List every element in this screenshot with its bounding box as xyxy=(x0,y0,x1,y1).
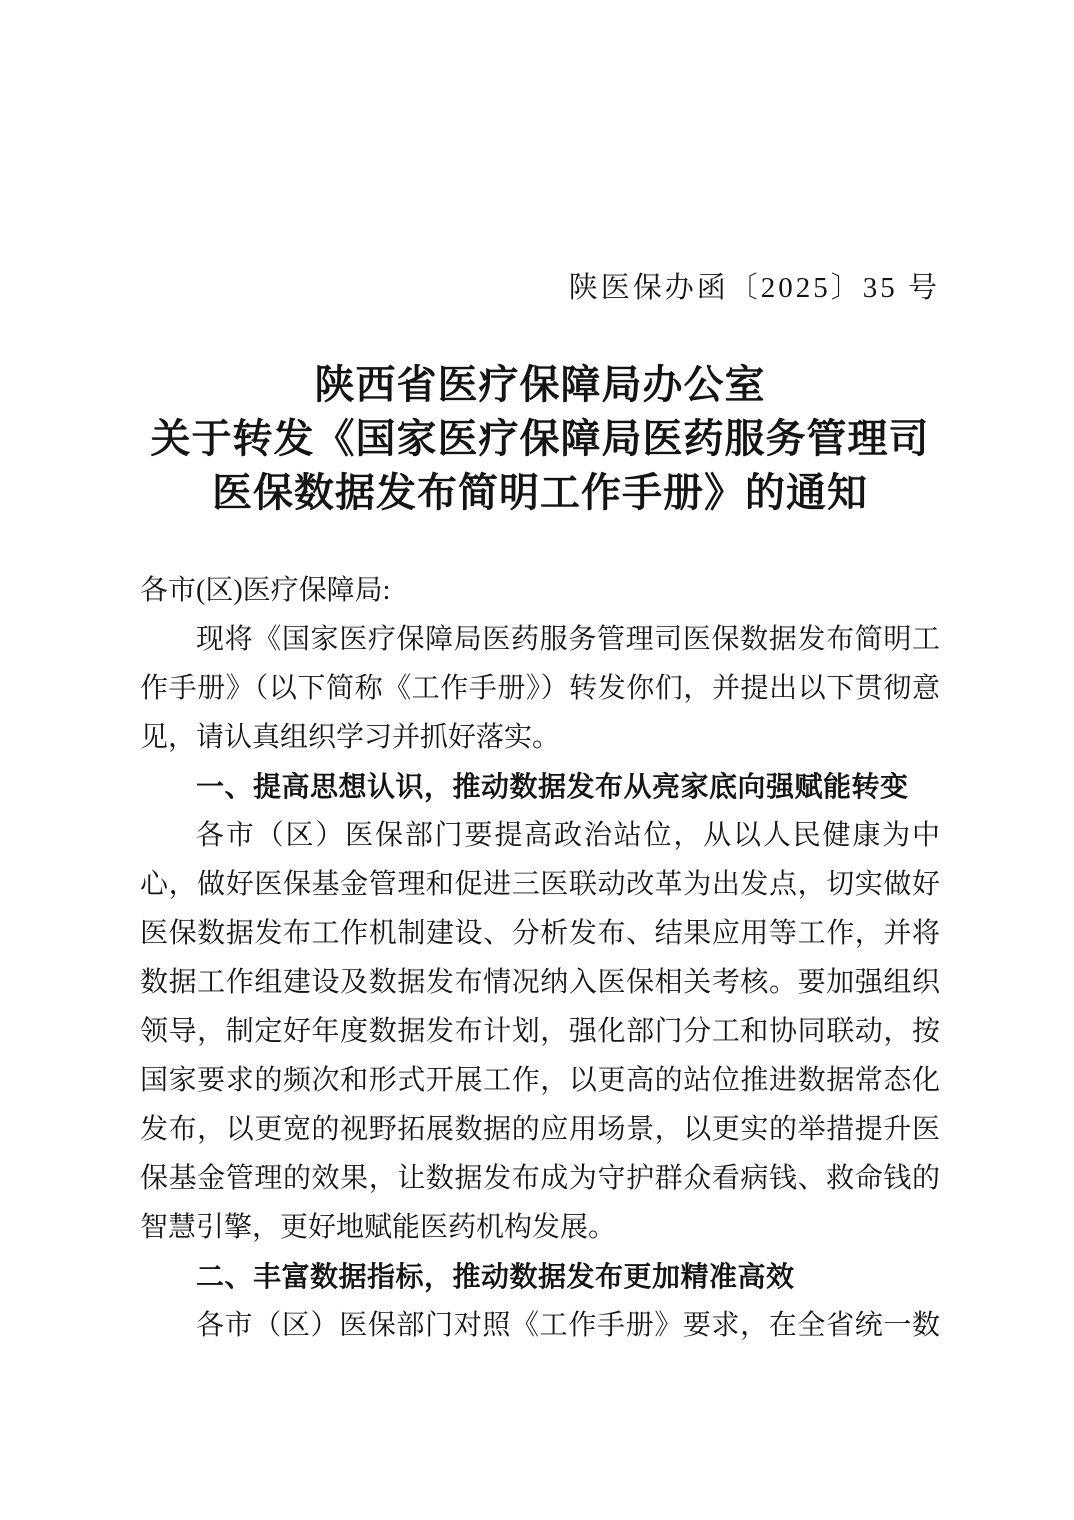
document-body: 各市(区)医疗保障局: 现将《国家医疗保障局医药服务管理司医保数据发布简明工作手… xyxy=(140,566,940,1350)
section-heading-1: 一、提高思想认识，推动数据发布从亮家底向强赋能转变 xyxy=(140,762,940,811)
section-heading-2: 二、丰富数据指标，推动数据发布更加精准高效 xyxy=(140,1252,940,1301)
paragraph-intro: 现将《国家医疗保障局医药服务管理司医保数据发布简明工作手册》（以下简称《工作手册… xyxy=(140,615,940,762)
title-line-2: 关于转发《国家医疗保障局医药服务管理司 xyxy=(140,412,940,466)
paragraph-section-2: 各市（区）医保部门对照《工作手册》要求，在全省统一数 xyxy=(140,1301,940,1350)
doc-number: 陕医保办函〔2025〕35 号 xyxy=(140,270,940,306)
document-page: 陕医保办函〔2025〕35 号 陕西省医疗保障局办公室 关于转发《国家医疗保障局… xyxy=(0,0,1074,1520)
salutation: 各市(区)医疗保障局: xyxy=(140,566,940,615)
document-title: 陕西省医疗保障局办公室 关于转发《国家医疗保障局医药服务管理司 医保数据发布简明… xyxy=(140,358,940,520)
title-line-3: 医保数据发布简明工作手册》的通知 xyxy=(140,466,940,520)
title-line-1: 陕西省医疗保障局办公室 xyxy=(140,358,940,412)
paragraph-section-1: 各市（区）医保部门要提高政治站位，从以人民健康为中心，做好医保基金管理和促进三医… xyxy=(140,811,940,1252)
